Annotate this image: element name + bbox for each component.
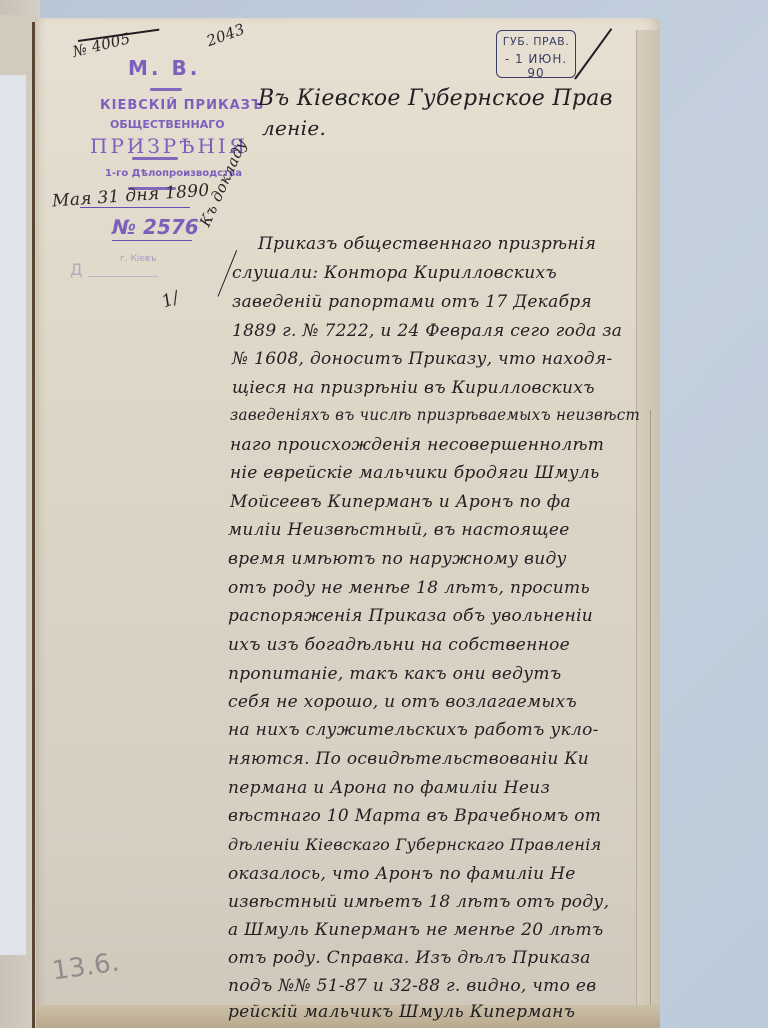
- body-line: ихъ изъ богадѣльни на собственное: [228, 635, 570, 655]
- binding-spine: [32, 22, 35, 1028]
- body-line: миліи Неизвѣстный, въ настоящее: [228, 520, 570, 540]
- stamp-d-line: [88, 276, 158, 277]
- body-line: вѣстнаго 10 Марта въ Врачебномъ от: [228, 806, 601, 826]
- stamp-city: г. Кіевъ: [120, 254, 157, 264]
- date-underline: [80, 207, 190, 208]
- body-line: Мойсеевъ Киперманъ и Аронъ по фа: [230, 492, 571, 512]
- body-line: отъ роду не менѣе 18 лѣтъ, просить: [228, 578, 590, 598]
- body-line: подъ №№ 51-87 и 32-88 г. видно, что ев: [228, 976, 596, 996]
- body-line: рейскій мальчикъ Шмуль Киперманъ: [228, 1002, 575, 1022]
- body-line: наго происхожденія несовершеннолѣт: [230, 435, 604, 455]
- gov-stamp-line-1: ГУБ. ПРАВ.: [497, 35, 575, 48]
- body-line: извѣстный имѣетъ 18 лѣтъ отъ роду,: [228, 892, 609, 912]
- background-sheet: [0, 75, 26, 955]
- body-line: распоряженія Приказа объ увольненіи: [228, 606, 593, 626]
- body-line: № 1608, доноситъ Приказу, что находя-: [232, 349, 613, 369]
- page-edge-stack: [636, 30, 660, 1028]
- body-line: Приказъ общественнаго призрѣнія: [258, 234, 596, 254]
- body-line: щіеся на призрѣніи въ Кирилловскихъ: [232, 378, 595, 398]
- stamp-rule: [132, 157, 178, 160]
- page-edge-line: [650, 410, 651, 1028]
- body-line: 1889 г. № 7222, и 24 Февраля сего года з…: [232, 321, 622, 341]
- body-line: пермана и Арона по фамиліи Неиз: [228, 778, 550, 798]
- body-line: на нихъ служительскихъ работъ укло-: [228, 720, 599, 740]
- stamp-rule: [150, 88, 182, 91]
- body-line: время имѣютъ по наружному виду: [228, 549, 567, 569]
- gov-receipt-stamp: ГУБ. ПРАВ. - 1 ИЮН. 90: [496, 30, 576, 78]
- body-line: дѣленіи Кіевскаго Губернскаго Правленія: [228, 835, 602, 854]
- body-line: оказалось, что Аронъ по фамиліи Не: [228, 864, 576, 884]
- body-line: пропитаніе, такъ какъ они ведутъ: [228, 664, 561, 684]
- stamp-d-mark: Д: [70, 260, 83, 279]
- stamp-line-3: ПРИЗРѢНІЯ: [90, 134, 248, 158]
- body-line: слушали: Контора Кирилловскихъ: [232, 263, 557, 283]
- stamp-line-2: ОБЩЕСТВЕННАГО: [110, 118, 225, 131]
- body-line: няются. По освидѣтельствованіи Ки: [228, 749, 589, 769]
- stamp-number: № 2576: [112, 215, 199, 239]
- body-line: себя не хорошо, и отъ возлагаемыхъ: [228, 692, 577, 712]
- stamp-initials: М. В.: [128, 56, 200, 80]
- body-line: а Шмуль Киперманъ не менѣе 20 лѣтъ: [228, 920, 604, 940]
- stamp-line-1: КІЕВСКІЙ ПРИКАЗЪ: [100, 98, 264, 113]
- heading-line-2: леніе.: [262, 116, 326, 140]
- heading-line-1: Въ Кіевское Губернское Прав: [258, 86, 613, 111]
- body-line: заведеніяхъ въ числѣ призрѣваемыхъ неизв…: [230, 406, 640, 424]
- body-line: заведеній рапортами отъ 17 Декабря: [232, 292, 592, 312]
- gov-stamp-date: - 1 ИЮН. 90: [497, 52, 575, 80]
- body-line: отъ роду. Справка. Изъ дѣлъ Приказа: [228, 948, 591, 968]
- number-underline: [112, 240, 192, 241]
- body-line: ніе еврейскіе мальчики бродяги Шмуль: [230, 463, 600, 483]
